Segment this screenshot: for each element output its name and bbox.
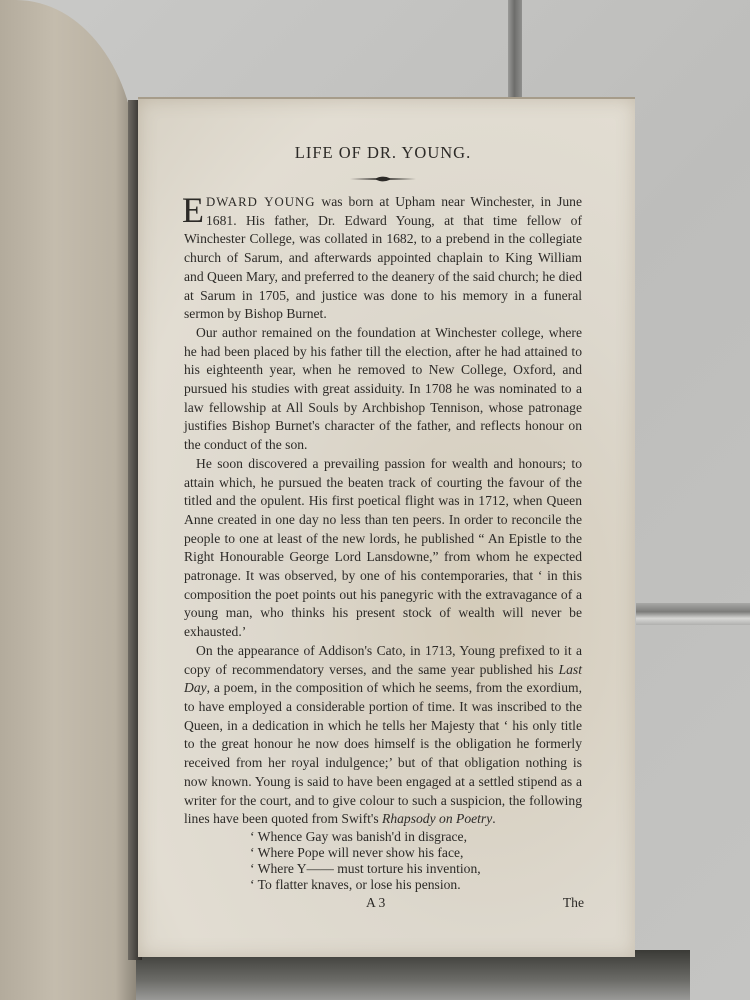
paragraph-1-text: was born at Upham near Winchester, in Ju… xyxy=(184,194,582,321)
paragraph-4-text-a: On the appearance of Addison's Cato, in … xyxy=(184,643,582,677)
paragraph-3: He soon discovered a prevailing passion … xyxy=(184,455,582,642)
verse-line: ‘ Whence Gay was banish'd in disgrace, xyxy=(250,829,582,845)
page-content: LIFE OF DR. YOUNG. EDWARD YOUNG was born… xyxy=(184,143,582,917)
paragraph-2: Our author remained on the foundation at… xyxy=(184,324,582,455)
book-shadow xyxy=(130,950,690,1000)
signature-mark: A 3 xyxy=(366,895,385,911)
verse-line: ‘ To flatter knaves, or lose his pension… xyxy=(250,877,582,893)
page-footer: A 3 The xyxy=(184,895,582,917)
verse-quote: ‘ Whence Gay was banish'd in disgrace, ‘… xyxy=(184,829,582,893)
paragraph-4-end: . xyxy=(492,811,495,826)
tile-grout-vertical xyxy=(508,0,522,100)
ornamental-rule-icon xyxy=(350,175,416,183)
left-page-curl xyxy=(0,0,136,1000)
catchword: The xyxy=(563,895,584,911)
paragraph-4-text-b: , a poem, in the composition of which he… xyxy=(184,680,582,826)
verse-line: ‘ Where Pope will never show his face, xyxy=(250,845,582,861)
drop-cap: E xyxy=(182,195,204,225)
book-page: LIFE OF DR. YOUNG. EDWARD YOUNG was born… xyxy=(138,97,635,957)
tile-grout-horizontal xyxy=(636,603,750,625)
running-head: LIFE OF DR. YOUNG. xyxy=(184,143,582,163)
title-rhapsody: Rhapsody on Poetry xyxy=(382,811,492,826)
paragraph-1: EDWARD YOUNG was born at Upham near Winc… xyxy=(184,193,582,324)
verse-line: ‘ Where Y—— must torture his invention, xyxy=(250,861,582,877)
opening-name: DWARD YOUNG xyxy=(206,195,315,209)
paragraph-4: On the appearance of Addison's Cato, in … xyxy=(184,642,582,829)
